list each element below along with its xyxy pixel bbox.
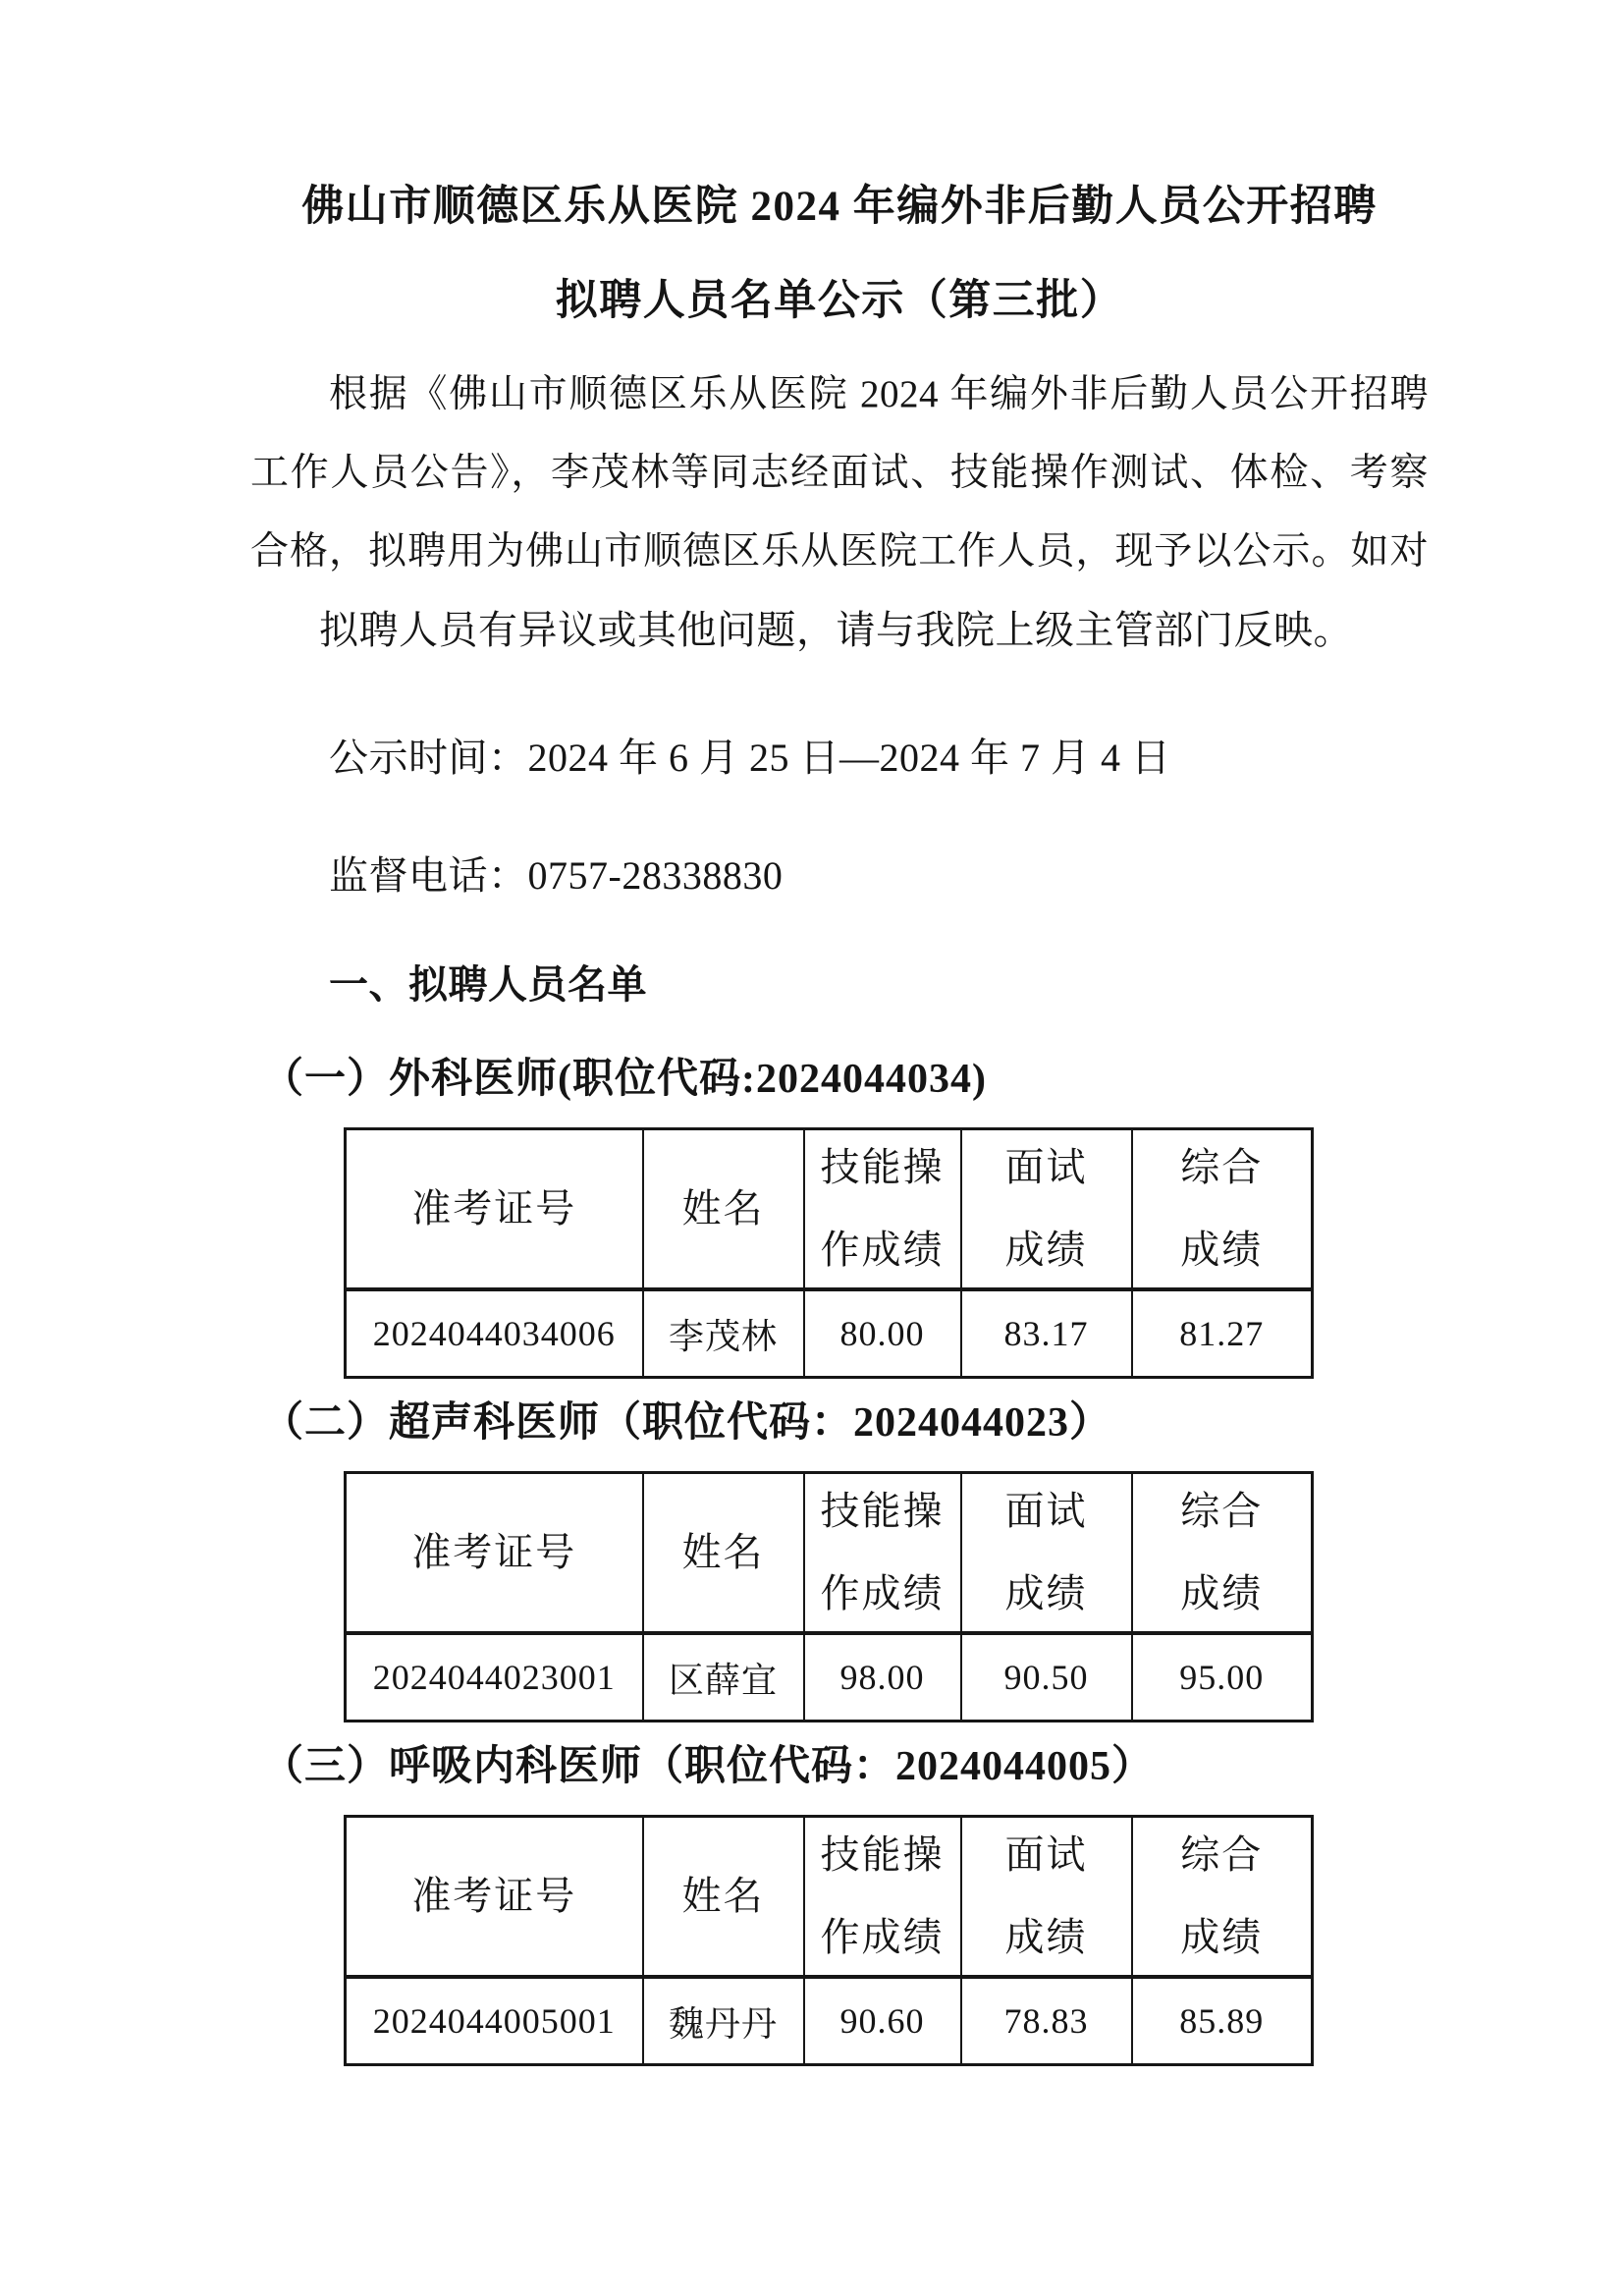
column-header-text: 准考证号 bbox=[411, 1533, 576, 1572]
column-header-text: 技能操 bbox=[821, 1148, 945, 1187]
skill-score-header: 技能操作成绩 bbox=[804, 1473, 961, 1634]
exam-number-header: 准考证号 bbox=[346, 1473, 643, 1634]
overall-score-cell: 85.89 bbox=[1132, 1977, 1313, 2065]
document-title-line-2: 拟聘人员名单公示（第三批） bbox=[250, 277, 1429, 326]
column-header-text: 成绩 bbox=[1005, 1918, 1088, 1957]
column-header-text: 成绩 bbox=[1005, 1574, 1088, 1613]
column-header-text: 成绩 bbox=[1180, 1574, 1263, 1613]
column-header-text: 技能操 bbox=[821, 1835, 945, 1875]
position-section-2: （二）超声科医师（职位代码：2024044023）准考证号姓名技能操作成绩面试成… bbox=[250, 1389, 1429, 1722]
table-header-row: 准考证号姓名技能操作成绩面试成绩综合成绩 bbox=[346, 1817, 1313, 1978]
column-header-text: 作成绩 bbox=[821, 1918, 945, 1957]
overall-score-header: 综合成绩 bbox=[1132, 1129, 1313, 1290]
column-header-text: 成绩 bbox=[1180, 1230, 1263, 1270]
column-header-text: 作成绩 bbox=[821, 1230, 945, 1270]
exam-number-cell: 2024044034006 bbox=[346, 1289, 643, 1378]
name-cell: 魏丹丹 bbox=[643, 1977, 804, 2065]
overall-score-cell: 95.00 bbox=[1132, 1633, 1313, 1722]
name-header: 姓名 bbox=[643, 1473, 804, 1634]
interview-score-header: 面试成绩 bbox=[961, 1129, 1132, 1290]
exam-number-header: 准考证号 bbox=[346, 1129, 643, 1290]
position-sections: （一）外科医师(职位代码:2024044034)准考证号姓名技能操作成绩面试成绩… bbox=[250, 1045, 1429, 2066]
interview-score-cell: 83.17 bbox=[961, 1289, 1132, 1378]
column-header-text: 面试 bbox=[1005, 1148, 1088, 1187]
document-page: 佛山市顺德区乐从医院 2024 年编外非后勤人员公开招聘 拟聘人员名单公示（第三… bbox=[0, 0, 1623, 2296]
skill-score-cell: 98.00 bbox=[804, 1633, 961, 1722]
name-header: 姓名 bbox=[643, 1817, 804, 1978]
position-section-3: （三）呼吸内科医师（职位代码：2024044005）准考证号姓名技能操作成绩面试… bbox=[250, 1732, 1429, 2066]
name-header: 姓名 bbox=[643, 1129, 804, 1290]
column-header-text: 姓名 bbox=[682, 1877, 765, 1916]
column-header-text: 成绩 bbox=[1180, 1918, 1263, 1957]
supervision-phone-line: 监督电话：0757-28338830 bbox=[250, 837, 1429, 915]
body-paragraph-line-1: 根据《佛山市顺德区乐从医院 2024 年编外非后勤人员公开招聘 bbox=[250, 355, 1429, 434]
body-paragraph-line-2: 工作人员公告》，李茂林等同志经面试、技能操作测试、体检、考察 bbox=[250, 434, 1429, 513]
table-header-row: 准考证号姓名技能操作成绩面试成绩综合成绩 bbox=[346, 1129, 1313, 1290]
skill-score-cell: 80.00 bbox=[804, 1289, 961, 1378]
name-cell: 区薛宜 bbox=[643, 1633, 804, 1722]
skill-score-cell: 90.60 bbox=[804, 1977, 961, 2065]
position-table-2: 准考证号姓名技能操作成绩面试成绩综合成绩2024044023001区薛宜98.0… bbox=[344, 1471, 1314, 1722]
name-cell: 李茂林 bbox=[643, 1289, 804, 1378]
column-header-text: 综合 bbox=[1180, 1835, 1263, 1875]
column-header-text: 技能操 bbox=[821, 1492, 945, 1531]
interview-score-cell: 90.50 bbox=[961, 1633, 1132, 1722]
position-heading-3: （三）呼吸内科医师（职位代码：2024044005） bbox=[262, 1732, 1429, 1801]
position-table-3: 准考证号姓名技能操作成绩面试成绩综合成绩2024044005001魏丹丹90.6… bbox=[344, 1815, 1314, 2066]
column-header-text: 准考证号 bbox=[411, 1189, 576, 1229]
position-heading-2: （二）超声科医师（职位代码：2024044023） bbox=[262, 1389, 1429, 1457]
position-section-1: （一）外科医师(职位代码:2024044034)准考证号姓名技能操作成绩面试成绩… bbox=[250, 1045, 1429, 1379]
column-header-text: 准考证号 bbox=[411, 1877, 576, 1916]
column-header-text: 作成绩 bbox=[821, 1574, 945, 1613]
document-title-line-1: 佛山市顺德区乐从医院 2024 年编外非后勤人员公开招聘 bbox=[250, 0, 1429, 232]
position-heading-1: （一）外科医师(职位代码:2024044034) bbox=[262, 1045, 1429, 1114]
publicity-period-line: 公示时间：2024 年 6 月 25 日—2024 年 7 月 4 日 bbox=[250, 719, 1429, 797]
interview-score-header: 面试成绩 bbox=[961, 1473, 1132, 1634]
skill-score-header: 技能操作成绩 bbox=[804, 1129, 961, 1290]
interview-score-cell: 78.83 bbox=[961, 1977, 1132, 2065]
body-paragraph-line-4: 拟聘人员有异议或其他问题，请与我院上级主管部门反映。 bbox=[250, 591, 1429, 670]
section-title: 一、拟聘人员名单 bbox=[250, 951, 1429, 1019]
body-paragraph-line-3: 合格，拟聘用为佛山市顺德区乐从医院工作人员，现予以公示。如对 bbox=[250, 513, 1429, 591]
exam-number-cell: 2024044023001 bbox=[346, 1633, 643, 1722]
position-table-1: 准考证号姓名技能操作成绩面试成绩综合成绩2024044034006李茂林80.0… bbox=[344, 1127, 1314, 1379]
column-header-text: 姓名 bbox=[682, 1533, 765, 1572]
overall-score-header: 综合成绩 bbox=[1132, 1817, 1313, 1978]
overall-score-header: 综合成绩 bbox=[1132, 1473, 1313, 1634]
column-header-text: 综合 bbox=[1180, 1492, 1263, 1531]
column-header-text: 面试 bbox=[1005, 1835, 1088, 1875]
column-header-text: 成绩 bbox=[1005, 1230, 1088, 1270]
exam-number-cell: 2024044005001 bbox=[346, 1977, 643, 2065]
exam-number-header: 准考证号 bbox=[346, 1817, 643, 1978]
skill-score-header: 技能操作成绩 bbox=[804, 1817, 961, 1978]
table-row: 2024044023001区薛宜98.0090.5095.00 bbox=[346, 1633, 1313, 1722]
body-paragraph: 根据《佛山市顺德区乐从医院 2024 年编外非后勤人员公开招聘 工作人员公告》，… bbox=[250, 355, 1429, 670]
table-header-row: 准考证号姓名技能操作成绩面试成绩综合成绩 bbox=[346, 1473, 1313, 1634]
column-header-text: 综合 bbox=[1180, 1148, 1263, 1187]
overall-score-cell: 81.27 bbox=[1132, 1289, 1313, 1378]
interview-score-header: 面试成绩 bbox=[961, 1817, 1132, 1978]
table-row: 2024044034006李茂林80.0083.1781.27 bbox=[346, 1289, 1313, 1378]
document-content: 佛山市顺德区乐从医院 2024 年编外非后勤人员公开招聘 拟聘人员名单公示（第三… bbox=[250, 0, 1429, 2066]
table-row: 2024044005001魏丹丹90.6078.8385.89 bbox=[346, 1977, 1313, 2065]
column-header-text: 面试 bbox=[1005, 1492, 1088, 1531]
column-header-text: 姓名 bbox=[682, 1189, 765, 1229]
